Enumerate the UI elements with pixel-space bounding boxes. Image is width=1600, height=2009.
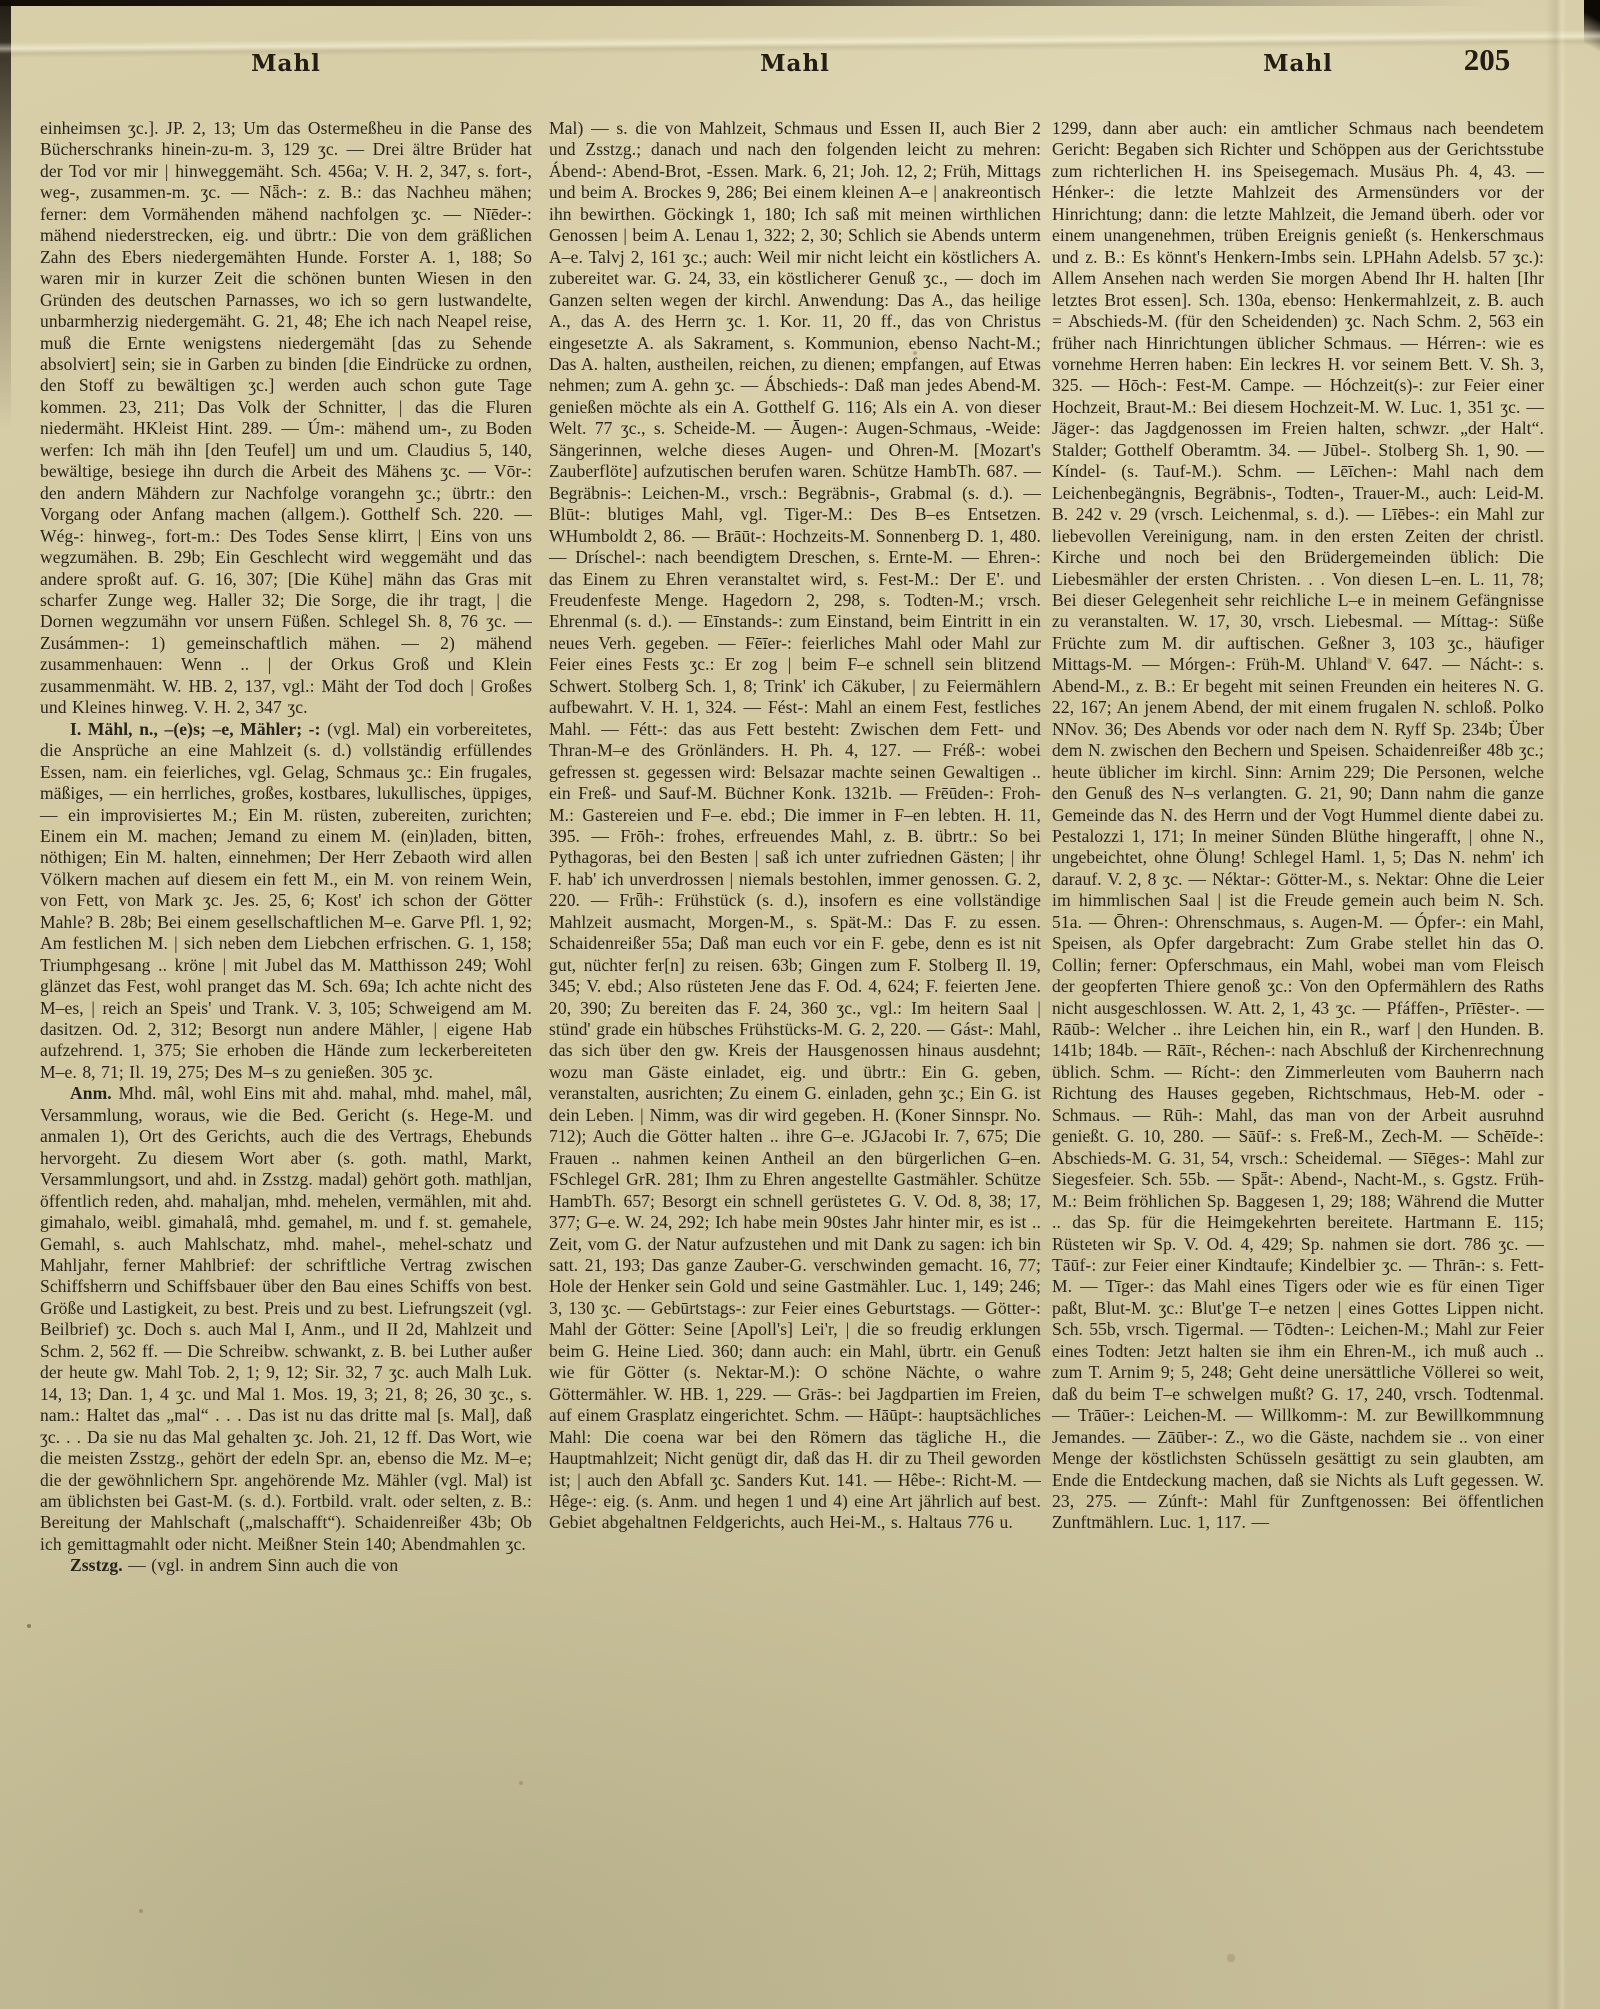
paragraph-entry-mahl: I. Mähl, n., –(e)s; –e, Mähler; -: (vgl.… [40, 719, 532, 1084]
scanned-dictionary-page: Mahl Mahl Mahl 205 einheimsen ʒc.]. JP. … [0, 0, 1600, 2009]
anmerkung-label: Anm. [70, 1083, 119, 1103]
text-column-3: 1299, dann aber auch: ein amtlicher Schm… [1052, 118, 1544, 1534]
paper-crease-vertical [1546, 0, 1566, 2009]
paper-foxing-specks [0, 0, 2, 2]
zusammensetzung-body: — (vgl. in andrem Sinn auch die von [128, 1555, 398, 1575]
entry-headword-mahl: I. Mähl, n., –(e)s; –e, Mähler; -: [70, 719, 327, 739]
text-column-2: Mal) — s. die von Mahlzeit, Schmaus und … [549, 118, 1041, 1534]
paragraph-compounds-abend-to-hege: Mal) — s. die von Mahlzeit, Schmaus und … [549, 118, 1041, 1534]
paragraph-compounds-henker-to-zunft: 1299, dann aber auch: ein amtlicher Schm… [1052, 118, 1544, 1534]
anmerkung-body: Mhd. mâl, wohl Eins mit ahd. mahal, mhd.… [40, 1083, 532, 1554]
scan-edge-left [0, 0, 11, 430]
scan-edge-top [0, 0, 1600, 6]
paragraph-anmerkung: Anm. Mhd. mâl, wohl Eins mit ahd. mahal,… [40, 1083, 532, 1555]
running-head-column-2: Mahl [549, 50, 1041, 77]
paragraph-zusammensetzung: Zsstzg. — (vgl. in andrem Sinn auch die … [40, 1555, 532, 1576]
running-head-column-1: Mahl [40, 50, 532, 77]
page-number: 205 [1432, 42, 1542, 78]
paragraph-maehen-compounds: einheimsen ʒc.]. JP. 2, 13; Um das Oster… [40, 118, 532, 719]
zusammensetzung-label: Zsstzg. [70, 1555, 128, 1575]
entry-body-mahl: (vgl. Mal) ein vorbereitetes, die Ansprü… [40, 719, 532, 1082]
text-column-1: einheimsen ʒc.]. JP. 2, 13; Um das Oster… [40, 118, 532, 1577]
